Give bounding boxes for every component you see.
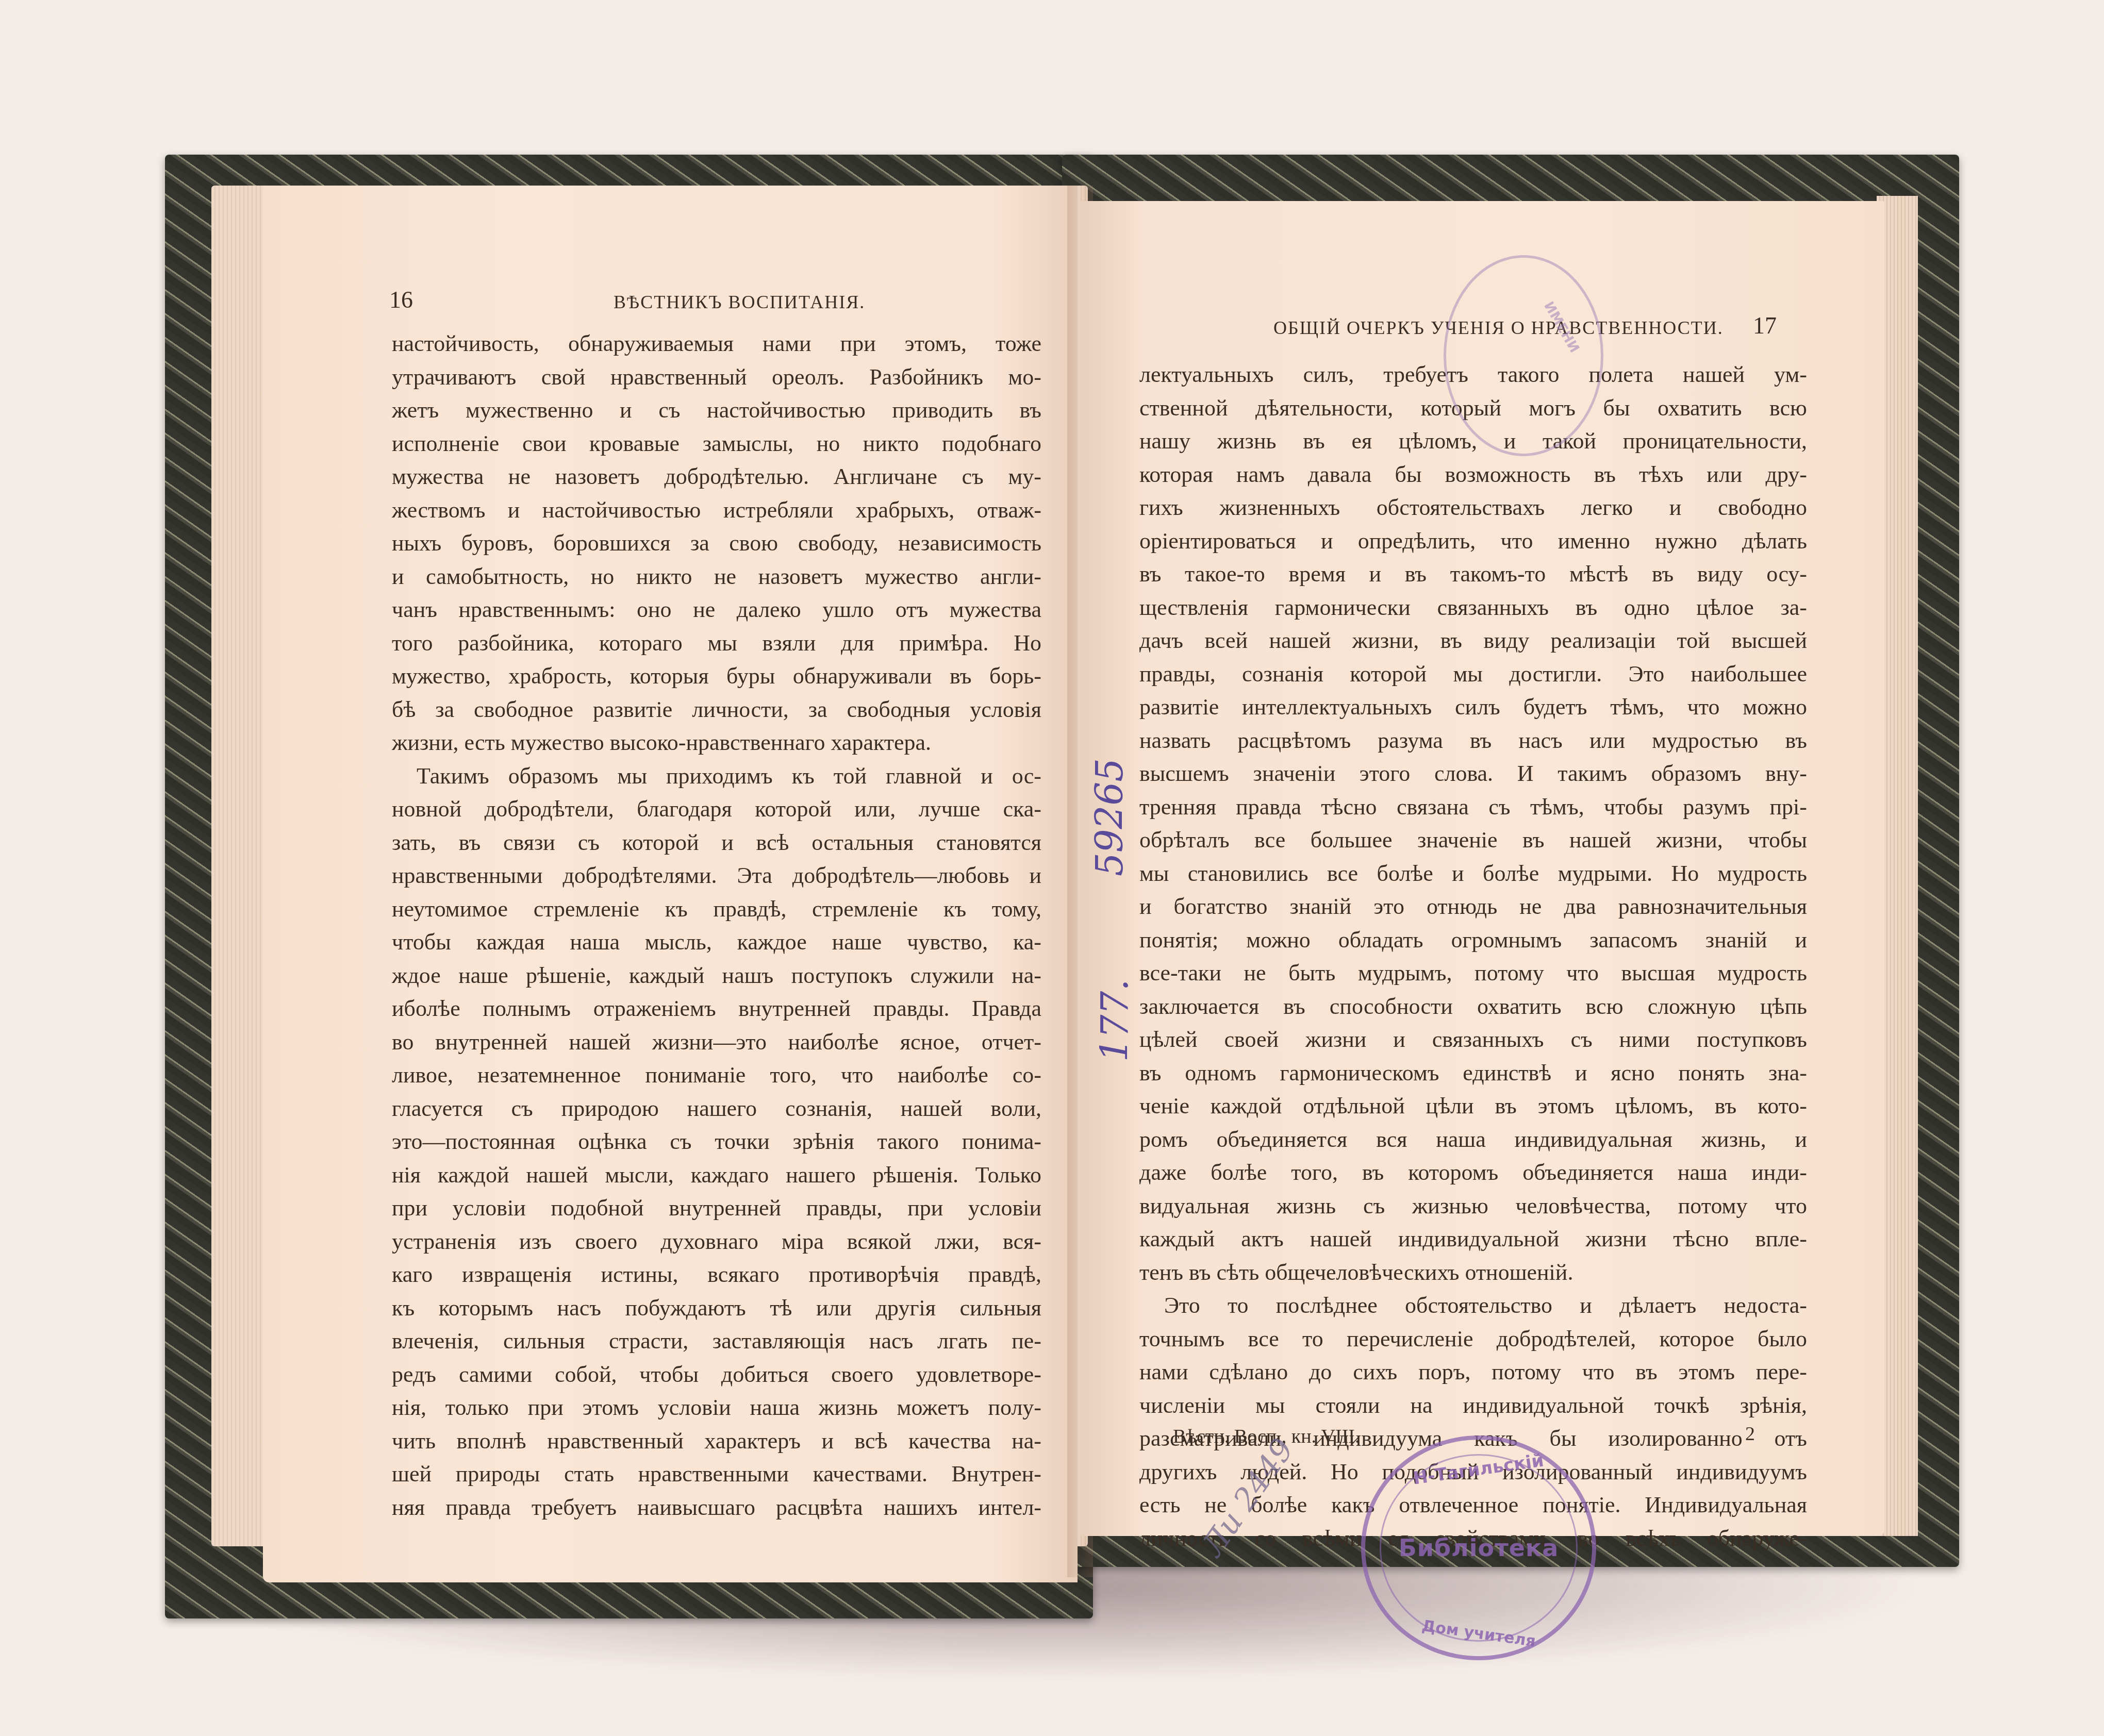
running-head-left: ВѢСТНИКЪ ВОСПИТАНІЯ. (614, 291, 865, 313)
text-line: жетъ мужественно и съ настойчивостью при… (392, 394, 1041, 427)
text-line: чанъ нравственнымъ: оно не далеко ушло о… (392, 593, 1041, 627)
text-line: мужество, храбрость, которыя буры обнару… (392, 660, 1041, 693)
text-line: при условіи подобной внутренней правды, … (392, 1192, 1041, 1225)
text-line: ромъ объединяется вся наша индивидуальна… (1139, 1123, 1807, 1157)
text-line: жествомъ и настойчивостью истребляли хра… (392, 494, 1041, 527)
signature-number: 2 (1745, 1423, 1755, 1445)
text-line: точнымъ все то перечисленіе добродѣтелей… (1139, 1323, 1807, 1356)
page-number-left: 16 (389, 286, 413, 313)
left-page: 16 ВѢСТНИКЪ ВОСПИТАНІЯ. настойчивость, о… (263, 186, 1078, 1582)
text-line: заключается въ способности охватить всю … (1139, 990, 1807, 1024)
text-line: во внутренней нашей жизни—это наиболѣе я… (392, 1026, 1041, 1059)
text-line: въ такое-то время и въ такомъ-то мѣстѣ в… (1139, 558, 1807, 591)
text-line: ченіе каждой отдѣльной цѣли въ этомъ цѣл… (1139, 1090, 1807, 1123)
text-line: няя правда требуетъ наивысшаго расцвѣта … (392, 1491, 1041, 1525)
text-line: новной добродѣтели, благодаря которой ил… (392, 793, 1041, 826)
text-line: нія каждой нашей мысли, каждаго нашего р… (392, 1159, 1041, 1192)
text-line: ществленія гармонически связанныхъ въ од… (1139, 591, 1807, 625)
text-line: Это то послѣднее обстоятельство и дѣлает… (1139, 1289, 1807, 1323)
text-line: устраненія изъ своего духовнаго міра вся… (392, 1225, 1041, 1259)
text-line: гласуется съ природою нашего сознанія, н… (392, 1092, 1041, 1126)
text-line: редъ самими собой, чтобы добиться своего… (392, 1358, 1041, 1392)
text-line: обрѣталъ все большее значеніе въ нашей ж… (1139, 824, 1807, 857)
text-line: тенъ въ сѣть общечеловѣческихъ отношеній… (1139, 1256, 1807, 1290)
text-line: численіи мы стояли на индивидуальной точ… (1139, 1389, 1807, 1423)
text-line: жизни, есть мужество высоко-нравственнаг… (392, 726, 1041, 760)
text-line: правды, сознанія которой мы достигли. Эт… (1139, 658, 1807, 691)
text-line: мужества не назоветъ добродѣтелью. Англи… (392, 460, 1041, 494)
text-line: зать, въ связи съ которой и всѣ остальны… (392, 826, 1041, 860)
text-line: понятія; можно обладать огромнымъ запасо… (1139, 924, 1807, 957)
text-line: шей природы стать нравственными качества… (392, 1458, 1041, 1491)
left-page-text: настойчивость, обнаруживаемыя нами при э… (392, 327, 1041, 1524)
stamp-inner-ring (1380, 1454, 1578, 1642)
faint-stamp-text: ИМЕНИ (1540, 299, 1582, 355)
right-page: ОБЩІЙ ОЧЕРКЪ УЧЕНІЯ О НРАВСТВЕННОСТИ. 17… (1080, 201, 1884, 1536)
text-line: видуальная жизнь съ жизнью человѣчества,… (1139, 1190, 1807, 1223)
text-line: мы становились все болѣе и болѣе мудрыми… (1139, 857, 1807, 891)
text-line: въ одномъ гармоническомъ единствѣ и ясно… (1139, 1057, 1807, 1090)
text-line: цѣлей своей жизни и связанныхъ съ ними п… (1139, 1023, 1807, 1057)
handwritten-shelf-number: 177. (1093, 979, 1136, 1062)
text-line: тренняя правда тѣсно связана съ тѣмъ, чт… (1139, 791, 1807, 824)
text-line: чтобы каждая наша мысль, каждое наше чув… (392, 926, 1041, 959)
text-line: нія, только при этомъ условіи наша жизнь… (392, 1391, 1041, 1425)
text-line: иболѣе полнымъ отраженіемъ внутренней пр… (392, 992, 1041, 1026)
text-line: нами сдѣлано до сихъ поръ, потому что въ… (1139, 1356, 1807, 1389)
text-line: нравственными добродѣтелями. Эта добродѣ… (392, 859, 1041, 893)
text-line: неутомимое стремленіе къ правдѣ, стремле… (392, 893, 1041, 926)
text-line: дачъ всей нашей жизни, въ виду реализаці… (1139, 624, 1807, 658)
text-line: и богатство знаній это отнюдь не два рав… (1139, 890, 1807, 924)
page-number-right: 17 (1753, 312, 1777, 339)
text-line: которая намъ давала бы возможность въ тѣ… (1139, 458, 1807, 492)
text-line: ждое наше рѣшеніе, каждый нашъ поступокъ… (392, 959, 1041, 993)
text-line: даже болѣе того, въ которомъ объединяетс… (1139, 1156, 1807, 1190)
text-line: это—постоянная оцѣнка съ точки зрѣнія та… (392, 1125, 1041, 1159)
text-line: влеченія, сильныя страсти, заставляющія … (392, 1325, 1041, 1358)
text-line: каго извращенія истины, всякаго противор… (392, 1258, 1041, 1292)
text-line: все-таки не быть мудрымъ, потому что выс… (1139, 957, 1807, 990)
text-line: того разбойника, котораго мы взяли для п… (392, 627, 1041, 660)
text-line: ныхъ буровъ, боровшихся за свою свободу,… (392, 527, 1041, 560)
library-stamp-faint: ИМЕНИ (1444, 255, 1603, 456)
text-line: къ которымъ насъ побуждаютъ тѣ или другі… (392, 1292, 1041, 1325)
text-line: развитіе интеллектуальныхъ силъ будетъ т… (1139, 691, 1807, 724)
text-line: настойчивость, обнаруживаемыя нами при э… (392, 327, 1041, 361)
text-line: и самобытность, но никто не назоветъ муж… (392, 560, 1041, 594)
text-line: ливое, незатемненное пониманіе того, что… (392, 1059, 1041, 1092)
text-line: утрачиваютъ свой нравственный ореолъ. Ра… (392, 361, 1041, 394)
library-stamp: Н-Тагильскій Библіотека Дом учителя (1361, 1435, 1596, 1660)
text-line: исполненіе свои кровавые замыслы, но ник… (392, 427, 1041, 461)
text-line: бѣ за свободное развитіе личности, за св… (392, 693, 1041, 727)
right-page-text: лектуальныхъ силъ, требуетъ такого полет… (1139, 358, 1807, 1555)
handwritten-inventory-number: 59265 (1088, 758, 1131, 876)
text-line: высшемъ значеніи этого слова. И такимъ о… (1139, 757, 1807, 791)
text-line: назвать расцвѣтомъ разума въ насъ или му… (1139, 724, 1807, 758)
text-line: каждый актъ нашей индивидуальной жизни т… (1139, 1223, 1807, 1256)
text-line: гихъ жизненныхъ обстоятельствахъ легко и… (1139, 491, 1807, 525)
text-line: оріентироваться и опредѣлить, что именно… (1139, 525, 1807, 558)
text-line: чить вполнѣ нравственный характеръ и всѣ… (392, 1425, 1041, 1458)
text-line: Такимъ образомъ мы приходимъ къ той глав… (392, 760, 1041, 793)
